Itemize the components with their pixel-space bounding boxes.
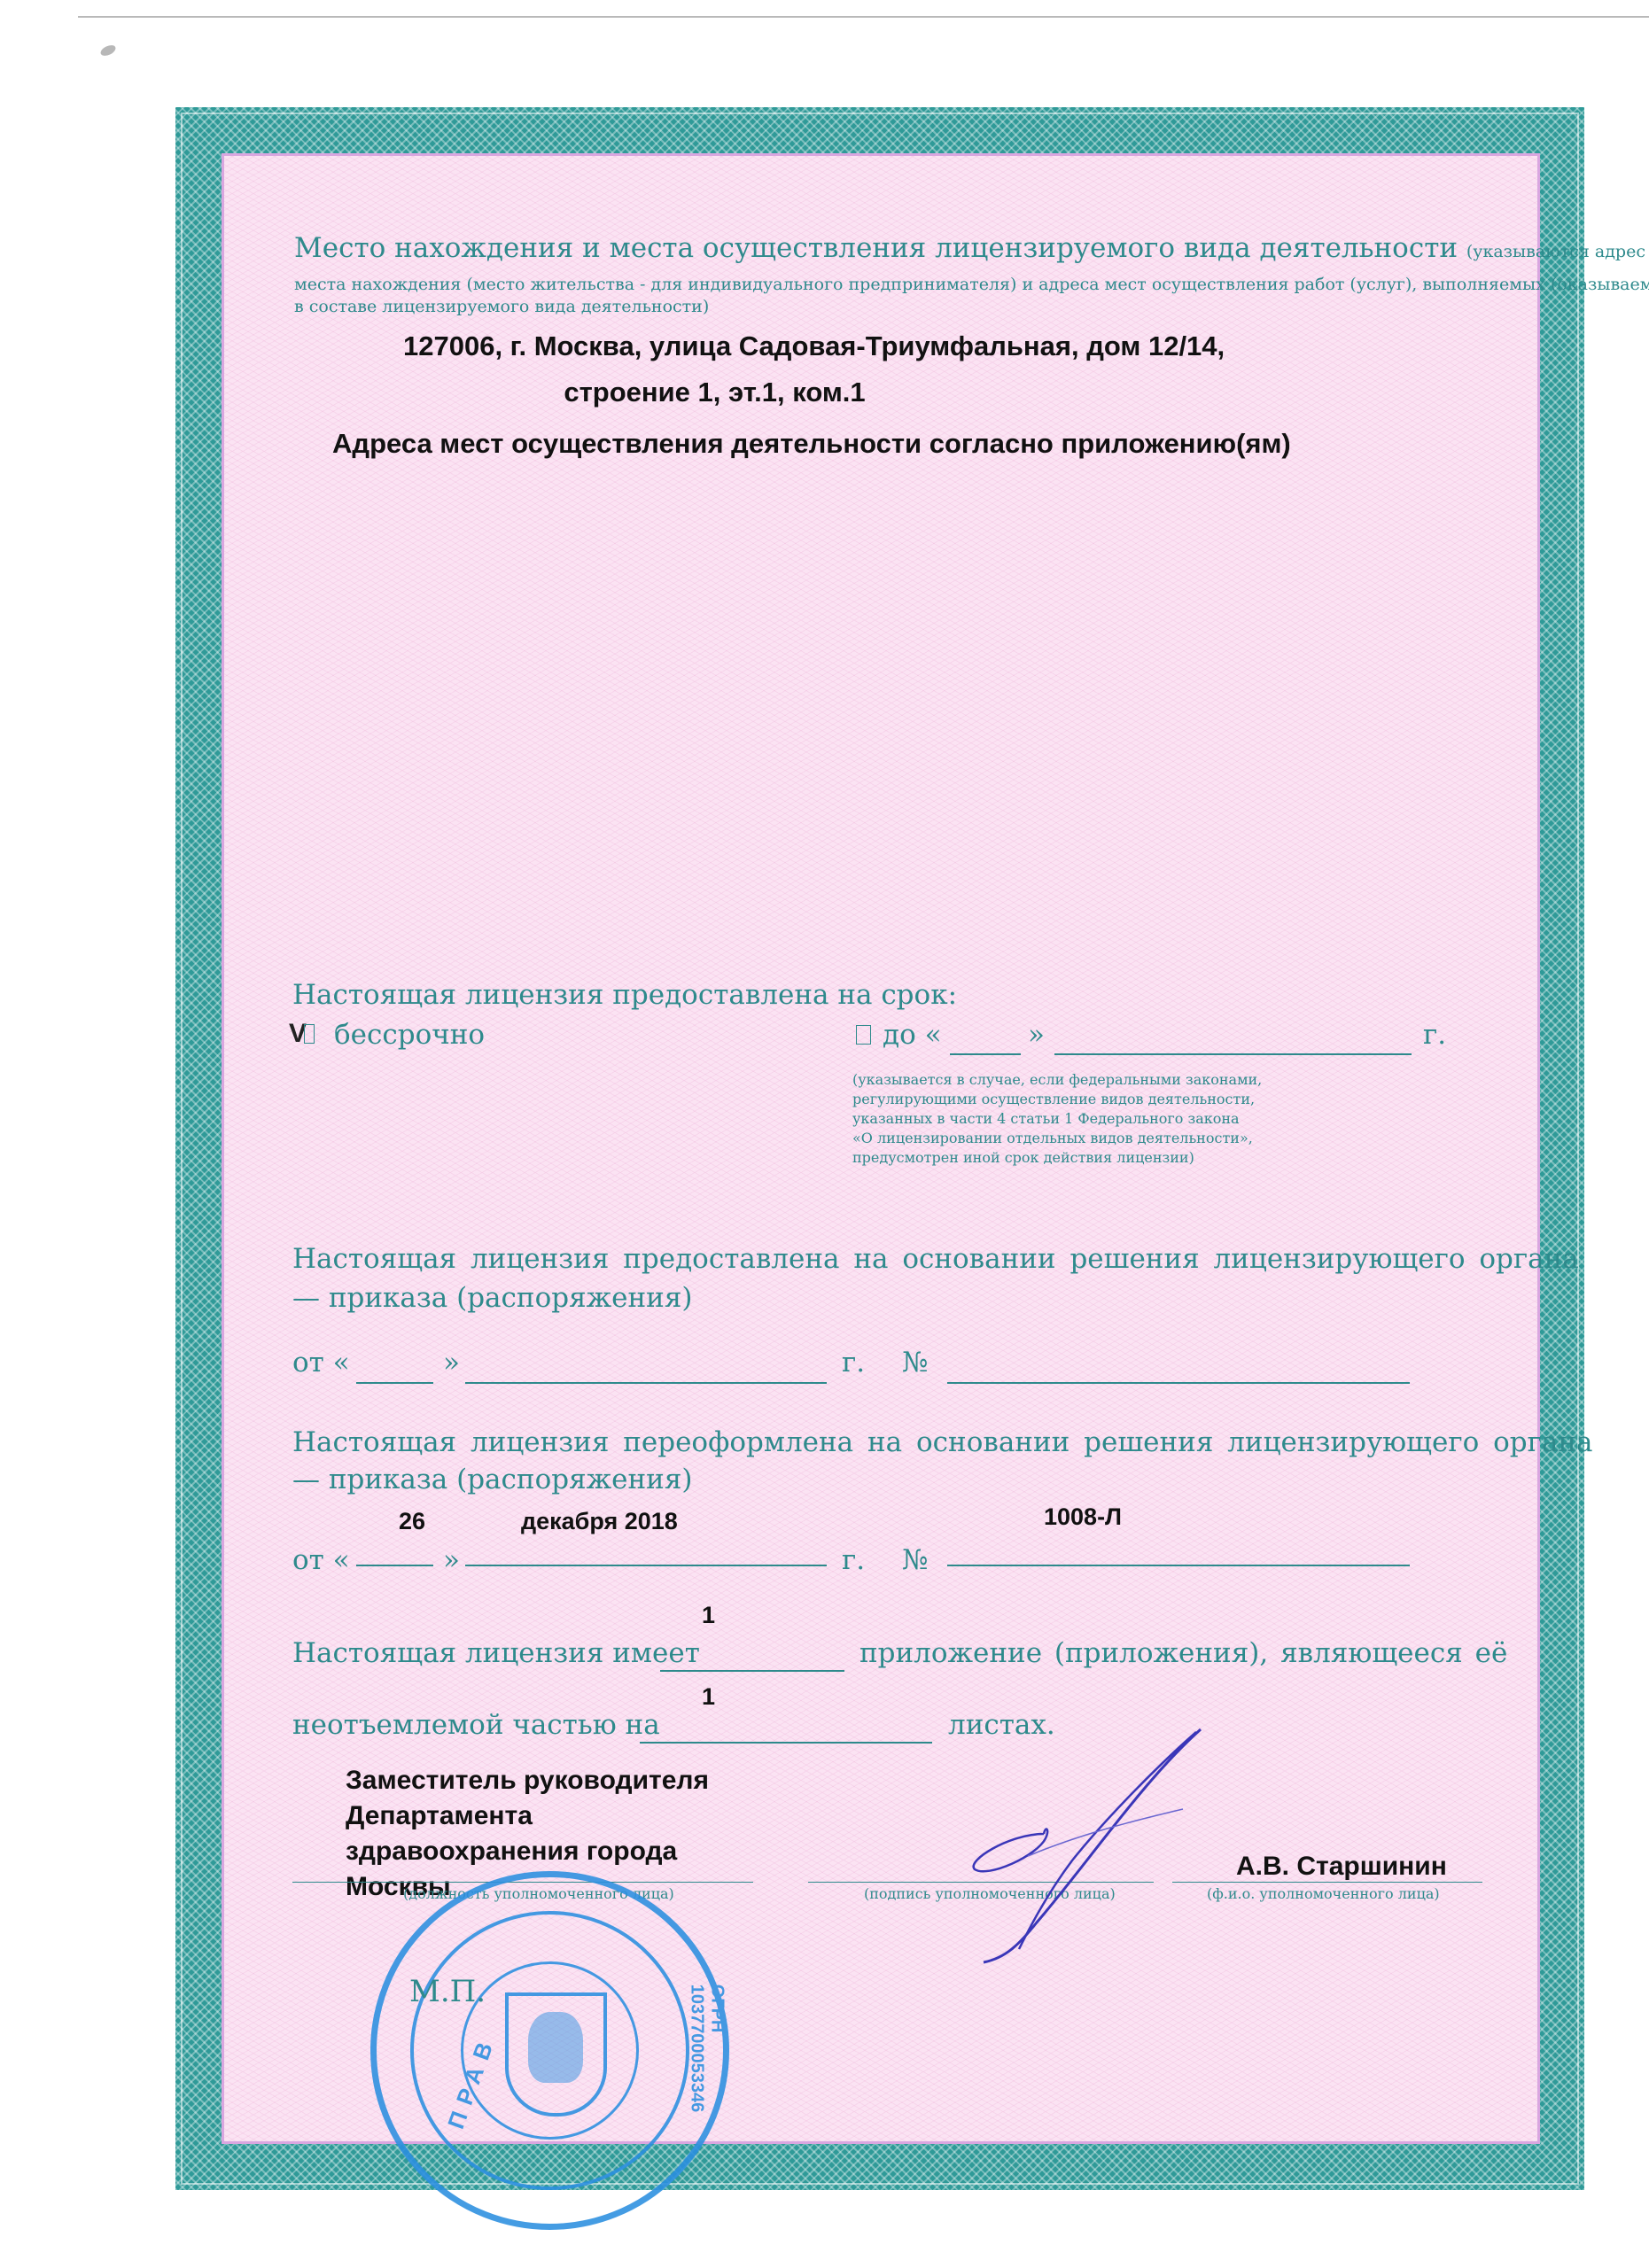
- term-heading: Настоящая лицензия предоставлена на срок…: [292, 979, 957, 1011]
- location-note-3: в составе лицензируемого вида деятельнос…: [294, 297, 709, 316]
- annex-middle: приложение (приложения), являющееся её: [860, 1637, 1507, 1669]
- location-heading: Место нахождения и места осуществления л…: [294, 232, 1645, 264]
- address-line-2-text: строение 1, эт.1, ком.1: [564, 377, 865, 408]
- seal-label: М.П.: [409, 1974, 486, 2009]
- basis-date-line: [465, 1382, 827, 1384]
- basis-year-suffix: г.: [842, 1347, 865, 1379]
- annex-count-line: [660, 1670, 844, 1672]
- annex-count: 1: [702, 1602, 715, 1629]
- reissue-line-2: — приказа (распоряжения): [292, 1464, 692, 1495]
- annex-sheets-prefix: неотъемлемой частью на: [292, 1709, 660, 1741]
- address-line-2: строение 1, эт.1, ком.1: [0, 377, 1649, 408]
- basis-from-mid: »: [443, 1347, 460, 1379]
- official-stamp: ПРАВ ОГРН 1037700053346: [370, 1871, 729, 2230]
- reissue-line-1: Настоящая лицензия переоформлена на осно…: [292, 1426, 1592, 1458]
- until-checkbox[interactable]: [856, 1025, 871, 1045]
- scan-edge-line: [78, 16, 1649, 18]
- until-date-line: [1054, 1053, 1412, 1055]
- basis-day-line: [356, 1382, 433, 1384]
- basis-number-label: №: [902, 1347, 928, 1379]
- indefinite-label: бессрочно: [334, 1019, 485, 1051]
- basis-from-prefix: от «: [292, 1347, 350, 1379]
- term-note-line: указанных в части 4 статьи 1 Федеральног…: [852, 1109, 1262, 1129]
- term-note-line: регулирующими осуществление видов деятел…: [852, 1090, 1262, 1109]
- until-prefix: до «: [883, 1019, 942, 1051]
- reissue-year-suffix: г.: [842, 1544, 865, 1576]
- annex-prefix: Настоящая лицензия имеет: [292, 1637, 700, 1669]
- until-day-line: [950, 1053, 1021, 1055]
- address-line-3: Адреса мест осуществления деятельности с…: [332, 428, 1291, 460]
- term-note-line: предусмотрен иной срок действия лицензии…: [852, 1148, 1262, 1168]
- moscow-coat-of-arms-icon: [505, 1992, 607, 2117]
- reissue-number-label: №: [902, 1544, 928, 1576]
- scan-smudge: [99, 43, 118, 58]
- signatory-position-line: здравоохранения города: [346, 1834, 709, 1869]
- signature-icon: [939, 1710, 1338, 1967]
- term-note-line: (указывается в случае, если федеральными…: [852, 1070, 1262, 1090]
- reissue-day-line: [356, 1565, 433, 1566]
- basis-line-1: Настоящая лицензия предоставлена на осно…: [292, 1243, 1579, 1275]
- signatory-position-line: Департамента: [346, 1798, 709, 1834]
- reissue-from-mid: »: [443, 1544, 460, 1576]
- indefinite-checkbox-box[interactable]: [304, 1024, 315, 1044]
- location-note-1: (указываются адрес: [1466, 242, 1645, 261]
- stamp-ogrn: ОГРН 1037700053346: [686, 1984, 727, 2113]
- reissue-number-line: [947, 1565, 1410, 1566]
- location-heading-text: Место нахождения и места осуществления л…: [294, 232, 1458, 264]
- signatory-position-line: Заместитель руководителя: [346, 1763, 709, 1798]
- address-line-1: 127006, г. Москва, улица Садовая-Триумфа…: [403, 330, 1225, 362]
- until-mid: »: [1028, 1019, 1045, 1051]
- reissue-from-prefix: от «: [292, 1544, 350, 1576]
- term-note: (указывается в случае, если федеральными…: [852, 1070, 1262, 1168]
- reissue-number: 1008-Л: [1044, 1503, 1122, 1531]
- annex-sheets-line: [640, 1742, 932, 1744]
- annex-sheets: 1: [702, 1683, 715, 1711]
- until-suffix: г.: [1423, 1019, 1446, 1051]
- basis-number-line: [947, 1382, 1410, 1384]
- basis-line-2: — приказа (распоряжения): [292, 1282, 692, 1314]
- reissue-date-line: [465, 1565, 827, 1566]
- location-note-2: места нахождения (место жительства - для…: [294, 275, 1649, 294]
- term-note-line: «О лицензировании отдельных видов деятел…: [852, 1129, 1262, 1148]
- reissue-day: 26: [399, 1508, 425, 1535]
- reissue-month-year: декабря 2018: [521, 1508, 678, 1535]
